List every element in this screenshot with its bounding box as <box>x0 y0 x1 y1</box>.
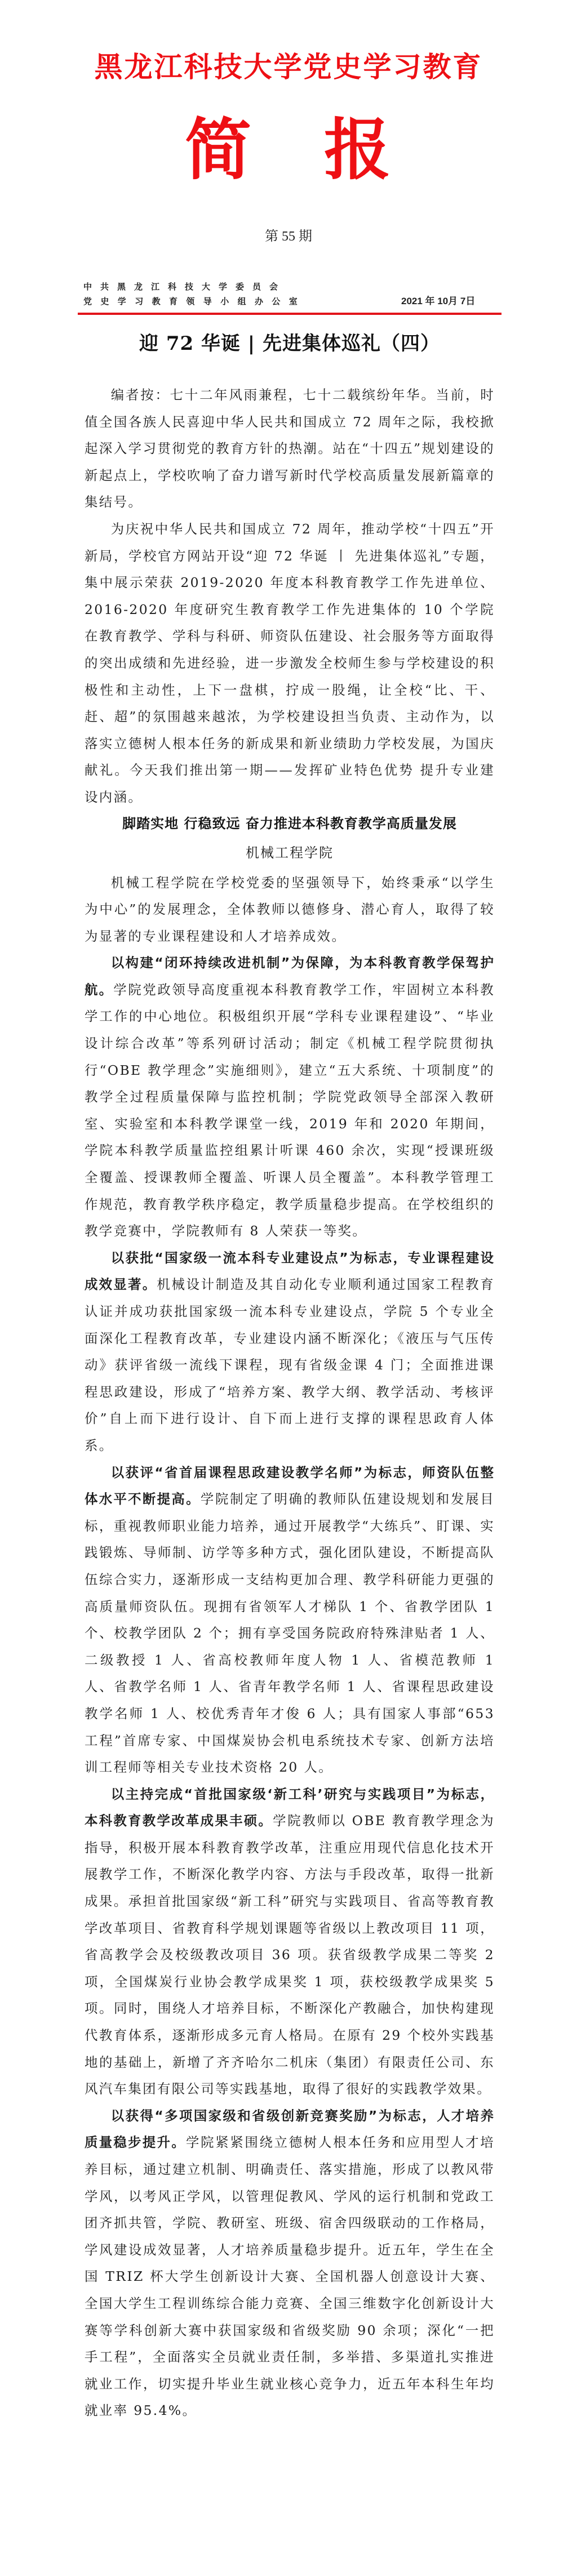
org-line-committee: 中共黑龙江科技大学委员会 <box>83 279 500 294</box>
section-unit-name: 机械工程学院 <box>85 836 495 870</box>
issue-number: 第 55 期 <box>0 228 577 246</box>
article: 迎 72 华诞 | 先进集体巡礼（四） 编者按：七十二年风雨兼程，七十二载缤纷年… <box>85 329 495 2424</box>
paragraph-text: 学院紧紧围绕立德树人根本任务和应用型人才培养目标，通过建立机制、明确责任、落实措… <box>85 2134 495 2418</box>
title-spacer <box>85 358 495 382</box>
paragraph-text: 学院教师以 OBE 教育教学理念为指导，积极开展本科教育教学改革，注重应用现代信… <box>85 1813 495 2097</box>
intro-paragraph: 为庆祝中华人民共和国成立 72 周年，推动学校“十四五”开新局，学校官方网站开设… <box>85 516 495 811</box>
body-paragraph-talent-cultivation: 以获得“多项国家级和省级创新竞赛奖励”为标志，人才培养质量稳步提升。学院紧紧围绕… <box>85 2103 495 2424</box>
issuing-organization: 中共黑龙江科技大学委员会 党史学习教育领导小组办公室 2021 年 10月 7日 <box>83 279 500 309</box>
body-paragraph-teaching-reform: 以主持完成“首批国家级‘新工科’研究与实践项目”为标志，本科教育教学改革成果丰硕… <box>85 1781 495 2103</box>
brief-char-jian: 简 <box>185 110 251 189</box>
body-paragraph-faculty: 以获评“省首届课程思政建设教学名师”为标志，师资队伍整体水平不断提高。学院制定了… <box>85 1460 495 1781</box>
publish-date: 2021 年 10月 7日 <box>401 294 491 309</box>
section-heading: 脚踏实地 行稳致远 奋力推进本科教育教学高质量发展 <box>85 811 495 836</box>
paragraph-text: 机械设计制造及其自动化专业顺利通过国家工程教育认证并成功获批国家级一流本科专业建… <box>85 1276 495 1453</box>
lead-paragraph: 机械工程学院在学校党委的坚强领导下，始终秉承“以学生为中心”的发展理念，全体教师… <box>85 870 495 950</box>
paragraph-text: 学院党政领导高度重视本科教育教学工作，牢固树立本科教学工作的中心地位。积极组织开… <box>85 982 495 1239</box>
brief-char-bao: 报 <box>324 110 390 189</box>
body-paragraph-quality-assurance: 以构建“闭环持续改进机制”为保障，为本科教育教学保驾护航。学院党政领导高度重视本… <box>85 950 495 1245</box>
editor-note-paragraph: 编者按：七十二年风雨兼程，七十二载缤纷年华。当前，时值全国各族人民喜迎中华人民共… <box>85 382 495 516</box>
masthead-title: 黑龙江科技大学党史学习教育 <box>0 47 577 87</box>
article-title: 迎 72 华诞 | 先进集体巡礼（四） <box>85 329 495 358</box>
masthead-brief-title: 简 报 <box>0 110 577 189</box>
paragraph-text: 学院制定了明确的教师队伍建设规划和发展目标，重视教师职业能力培养，通过开展教学“… <box>85 1491 495 1775</box>
body-paragraph-major-construction: 以获批“国家级一流本科专业建设点”为标志，专业课程建设成效显著。机械设计制造及其… <box>85 1245 495 1460</box>
red-divider-line <box>78 313 501 315</box>
